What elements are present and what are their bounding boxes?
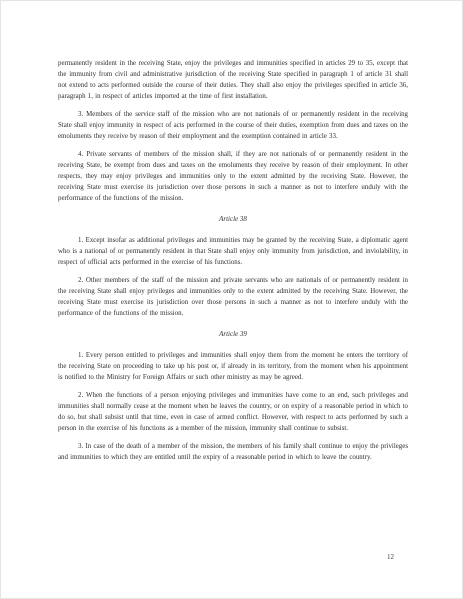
document-page: permanently resident in the receiving St… [0, 0, 463, 599]
paragraph-continuation: permanently resident in the receiving St… [58, 58, 408, 102]
page-number: 12 [387, 553, 394, 562]
article-38-heading: Article 38 [58, 214, 408, 225]
article-39-heading: Article 39 [58, 329, 408, 340]
paragraph: 3. In case of the death of a member of t… [58, 441, 408, 463]
document-body: permanently resident in the receiving St… [58, 58, 408, 470]
paragraph: 1. Except insofar as additional privileg… [58, 235, 408, 268]
paragraph: 2. Other members of the staff of the mis… [58, 275, 408, 319]
paragraph: 4. Private servants of members of the mi… [58, 149, 408, 204]
paragraph: 1. Every person entitled to privileges a… [58, 350, 408, 383]
paragraph: 2. When the functions of a person enjoyi… [58, 390, 408, 434]
paragraph: 3. Members of the service staff of the m… [58, 109, 408, 142]
